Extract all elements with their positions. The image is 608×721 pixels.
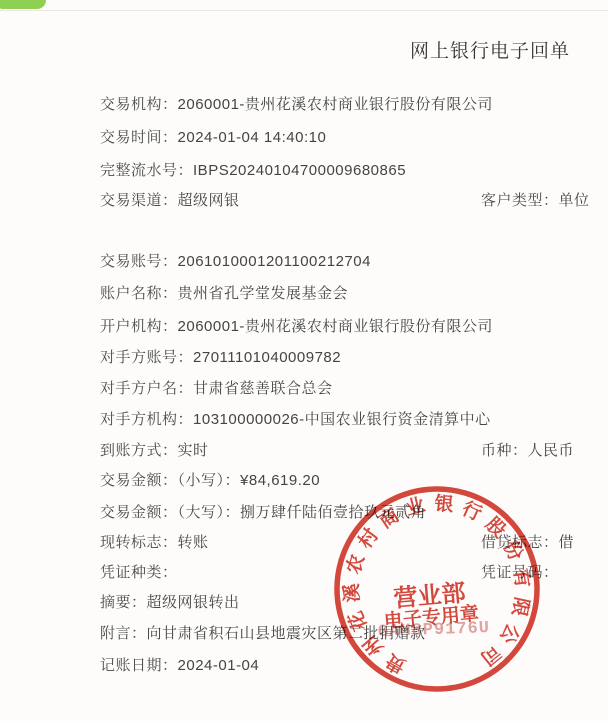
stamp-ring-char: 有 [509, 567, 534, 589]
field-trade-institution: 交易机构：2060001-贵州花溪农村商业银行股份有限公司 [100, 95, 493, 115]
field-label: 账户名称： [100, 285, 178, 302]
field-value: 27011101040009782 [193, 349, 341, 366]
field-value: 实时 [178, 442, 209, 459]
field-label: 开户机构： [100, 318, 178, 335]
field-label: 交易机构： [100, 96, 178, 113]
bank-stamp: 贵州花溪农村商业银行股份有限公司 营业部 电子专用章 [320, 472, 554, 706]
field-opening-institution: 开户机构：2060001-贵州花溪农村商业银行股份有限公司 [100, 317, 493, 337]
field-customer-type: 客户类型：单位 [481, 191, 590, 211]
field-currency: 币种：人民币 [481, 441, 574, 461]
field-value: 2060001-贵州花溪农村商业银行股份有限公司 [178, 96, 493, 113]
field-cash-transfer-flag: 现转标志：转账 [100, 533, 209, 553]
field-value: 转账 [178, 534, 209, 551]
field-counterparty-name: 对手方户名：甘肃省慈善联合总会 [100, 379, 333, 399]
field-value: 2024-01-04 [178, 657, 260, 674]
field-counterparty-institution: 对手方机构：103100000026-中国农业银行资金清算中心 [100, 410, 491, 430]
field-label: 到账方式： [100, 442, 178, 459]
field-label: 现转标志： [100, 534, 178, 551]
stamp-ring-char: 银 [434, 492, 455, 516]
field-label: 交易金额：（小写）： [100, 472, 240, 489]
field-value: 超级网银转出 [147, 594, 240, 611]
field-serial-number: 完整流水号：IBPS20240104700009680865 [100, 161, 406, 181]
field-label: 完整流水号： [100, 162, 193, 179]
field-label: 摘要： [100, 594, 147, 611]
field-summary: 摘要：超级网银转出 [100, 593, 240, 613]
field-trade-channel: 交易渠道：超级网银 [100, 191, 240, 211]
field-value: 超级网银 [178, 192, 240, 209]
field-arrival-mode: 到账方式：实时 [100, 441, 209, 461]
field-label: 客户类型： [481, 192, 559, 209]
page-title: 网上银行电子回单 [410, 36, 570, 63]
field-label: 交易金额：（大写）： [100, 504, 240, 521]
field-counterparty-account: 对手方账号：27011101040009782 [100, 348, 341, 368]
field-label: 对手方户名： [100, 380, 193, 397]
field-label: 交易账号： [100, 253, 178, 270]
field-trade-account: 交易账号：2061010001201100212704 [100, 252, 371, 272]
field-value: 甘肃省慈善联合总会 [193, 380, 333, 397]
field-value: 贵州省孔学堂发展基金会 [178, 285, 349, 302]
field-value: 单位 [559, 192, 590, 209]
field-trade-time: 交易时间：2024-01-04 14:40:10 [100, 128, 326, 148]
field-value: 103100000026-中国农业银行资金清算中心 [193, 411, 491, 428]
field-label: 对手方账号： [100, 349, 193, 366]
field-value: 2024-01-04 14:40:10 [178, 129, 327, 146]
field-value: IBPS20240104700009680865 [193, 162, 406, 179]
stamp-ring-char: 限 [507, 595, 532, 618]
bank-stamp-graphic: 贵州花溪农村商业银行股份有限公司 营业部 电子专用章 [320, 472, 554, 706]
field-label: 附言： [100, 625, 147, 642]
field-value: 2060001-贵州花溪农村商业银行股份有限公司 [178, 318, 493, 335]
field-label: 凭证种类： [100, 564, 178, 581]
stamp-ring-char: 溪 [340, 583, 364, 603]
field-value: ¥84,619.20 [240, 472, 320, 489]
field-booking-date: 记账日期：2024-01-04 [100, 656, 259, 676]
field-label: 交易时间： [100, 129, 178, 146]
field-label: 对手方机构： [100, 411, 193, 428]
field-value: 借 [559, 534, 575, 551]
field-amount-figures: 交易金额：（小写）：¥84,619.20 [100, 471, 320, 491]
field-label: 币种： [481, 442, 528, 459]
field-voucher-type: 凭证种类： [100, 563, 178, 583]
top-left-green-accent [0, 0, 46, 9]
stamp-ring-char: 业 [403, 494, 427, 520]
field-value: 2061010001201100212704 [178, 253, 371, 270]
top-divider-line [0, 10, 608, 11]
field-account-name: 账户名称：贵州省孔学堂发展基金会 [100, 284, 348, 304]
field-label: 记账日期： [100, 657, 178, 674]
field-label: 交易渠道： [100, 192, 178, 209]
field-value: 人民币 [528, 442, 575, 459]
